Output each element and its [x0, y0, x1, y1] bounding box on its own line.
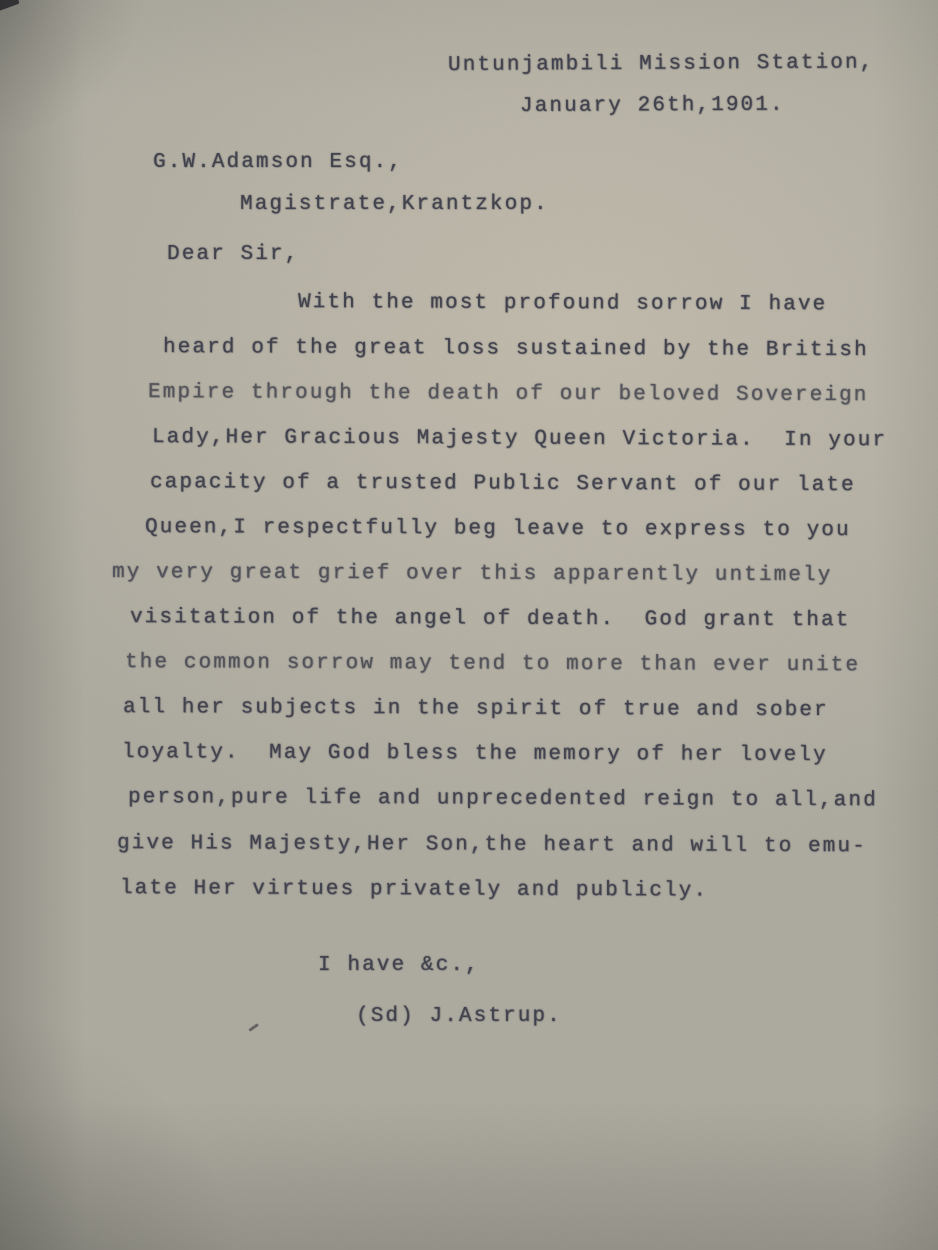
- recipient-name-line: G.W.Adamson Esq.,: [153, 150, 403, 176]
- salutation-line: Dear Sir,: [167, 242, 299, 268]
- station-line: Untunjambili Mission Station,: [448, 50, 875, 79]
- body-line: visitation of the angel of death. God gr…: [130, 605, 851, 634]
- body-line: all her subjects in the spirit of true a…: [123, 695, 829, 724]
- body-line: my very great grief over this apparently…: [112, 560, 833, 589]
- pen-mark: [248, 1023, 258, 1031]
- date-line: January 26th,1901.: [520, 93, 785, 120]
- typewritten-letter: Untunjambili Mission Station, January 26…: [0, 0, 938, 1250]
- body-line: give His Majesty,Her Son,the heart and w…: [117, 831, 867, 860]
- body-line: Queen,I respectfully beg leave to expres…: [145, 515, 851, 544]
- body-line: heard of the great loss sustained by the…: [163, 335, 869, 364]
- recipient-title-line: Magistrate,Krantzkop.: [240, 192, 549, 218]
- body-line: capacity of a trusted Public Servant of …: [150, 470, 856, 499]
- body-line: the common sorrow may tend to more than …: [125, 650, 860, 679]
- body-line: With the most profound sorrow I have: [298, 290, 827, 318]
- body-line: late Her virtues privately and publicly.: [120, 876, 708, 905]
- body-line: Lady,Her Gracious Majesty Queen Victoria…: [152, 425, 887, 454]
- letter-photograph: Untunjambili Mission Station, January 26…: [0, 0, 938, 1250]
- body-line: loyalty. May God bless the memory of her…: [122, 740, 828, 769]
- signature-line: (Sd) J.Astrup.: [356, 1004, 562, 1030]
- body-line: person,pure life and unprecedented reign…: [128, 785, 878, 814]
- body-line: Empire through the death of our beloved …: [148, 380, 869, 409]
- closing-line: I have &c.,: [318, 953, 480, 979]
